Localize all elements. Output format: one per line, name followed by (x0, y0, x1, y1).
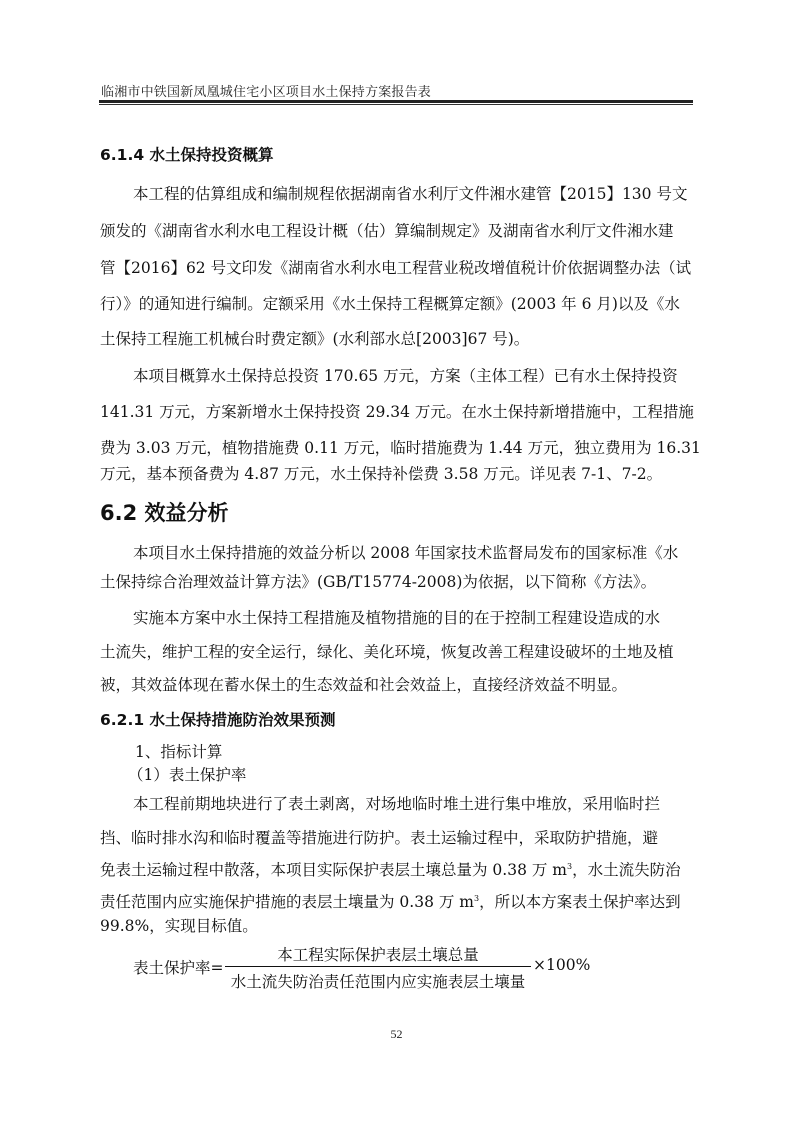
formula-multiplier: ×100% (533, 956, 590, 974)
paragraph-line: 免表土运输过程中散落，本项目实际保护表层土壤总量为 0.38 万 m3，水土流失… (100, 858, 681, 880)
paragraph-line: 被，其效益体现在蓄水保土的生态效益和社会效益上，直接经济效益不明显。 (100, 673, 627, 695)
paragraph-line: 责任范围内应实施保护措施的表层土壤量为 0.38 万 m3，所以本方案表土保护率… (100, 890, 681, 912)
paragraph-line: 实施本方案中水土保持工程措施及植物措施的目的在于控制工程建设造成的水 (133, 606, 660, 628)
formula-label: 表土保护率= (133, 956, 224, 978)
text-span: ，水土流失防治 (572, 861, 681, 879)
list-item-topsoil-rate: （1）表土保护率 (128, 763, 246, 785)
section-heading-6-2-1: 6.2.1 水土保持措施防治效果预测 (100, 708, 336, 730)
section-heading-6-2: 6.2 效益分析 (100, 497, 229, 527)
text-span: ，所以本方案表土保护率达到 (479, 893, 681, 911)
topsoil-protection-formula: 表土保护率= 本工程实际保护表层土壤总量 水土流失防治责任范围内应实施表层土壤量… (133, 943, 593, 993)
fraction-bar (225, 966, 531, 967)
paragraph-line: 土保持工程施工机械台时费定额》(水利部水总[2003]67 号)。 (100, 327, 529, 349)
paragraph-line: 本工程的估算组成和编制规程依据湖南省水利厅文件湘水建管【2015】130 号文 (133, 182, 687, 204)
paragraph-line: 挡、临时排水沟和临时覆盖等措施进行防护。表土运输过程中，采取防护措施，避 (100, 826, 658, 848)
paragraph-line: 99.8%，实现目标值。 (100, 914, 258, 936)
paragraph-line: 本工程前期地块进行了表土剥离，对场地临时堆土进行集中堆放，采用临时拦 (133, 792, 660, 814)
paragraph-line: 行）》的通知进行编制。定额采用《水土保持工程概算定额》(2003 年 6 月)以… (100, 292, 680, 314)
paragraph-line: 土流失，维护工程的安全运行，绿化、美化环境，恢复改善工程建设破坏的土地及植 (100, 640, 674, 662)
header-rule-thin (99, 104, 693, 105)
header-rule-thick (99, 100, 693, 103)
paragraph-line: 颁发的《湖南省水利水电工程设计概（估）算编制规定》及湖南省水利厅文件湘水建 (100, 219, 674, 241)
text-span: 责任范围内应实施保护措施的表层土壤量为 0.38 万 m (100, 893, 474, 911)
paragraph-line: 管【2016】62 号文印发《湖南省水利水电工程营业税改增值税计价依据调整办法（… (100, 256, 691, 278)
paragraph-line: 土保持综合治理效益计算方法》(GB/T15774-2008)为依据，以下简称《方… (100, 570, 656, 592)
section-heading-6-1-4: 6.1.4 水土保持投资概算 (100, 143, 274, 165)
text-span: 免表土运输过程中散落，本项目实际保护表层土壤总量为 0.38 万 m (100, 861, 567, 879)
header-rule (99, 100, 693, 106)
list-item-indicator-calc: 1、指标计算 (135, 740, 222, 762)
formula-fraction: 本工程实际保护表层土壤总量 水土流失防治责任范围内应实施表层土壤量 (225, 943, 531, 993)
paragraph-line: 本项目水土保持措施的效益分析以 2008 年国家技术监督局发布的国家标准《水 (133, 541, 678, 563)
paragraph-line: 费为 3.03 万元，植物措施费 0.11 万元，临时措施费为 1.44 万元，… (100, 436, 701, 458)
paragraph-line: 万元，基本预备费为 4.87 万元，水土保持补偿费 3.58 万元。详见表 7-… (100, 462, 662, 484)
formula-denominator: 水土流失防治责任范围内应实施表层土壤量 (225, 970, 531, 992)
paragraph-line: 本项目概算水土保持总投资 170.65 万元，方案（主体工程）已有水土保持投资 (133, 364, 678, 386)
running-header: 临湘市中铁国新凤凰城住宅小区项目水土保持方案报告表 (101, 81, 431, 100)
document-page: 临湘市中铁国新凤凰城住宅小区项目水土保持方案报告表 6.1.4 水土保持投资概算… (0, 0, 793, 1122)
formula-numerator: 本工程实际保护表层土壤总量 (225, 943, 531, 965)
page-number: 52 (0, 1027, 793, 1042)
paragraph-line: 141.31 万元，方案新增水土保持投资 29.34 万元。在水土保持新增措施中… (100, 400, 694, 422)
